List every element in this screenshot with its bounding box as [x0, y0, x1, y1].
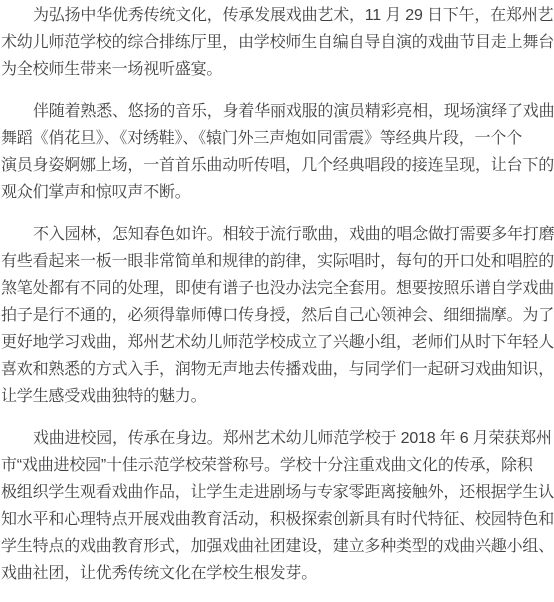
- paragraph-line: 煞笔处都有不同的处理，即使有谱子也没办法完全套用。想要按照乐谱自学戏曲: [1, 275, 553, 302]
- paragraph-line: 为全校师生带来一场视听盛宴。: [1, 56, 553, 83]
- paragraph-line: 戏曲社团，让优秀传统文化在学校生根发芽。: [1, 560, 553, 587]
- paragraph-line: 有些看起来一板一眼非常简单和规律的韵律，实际唱时，每句的开口处和唱腔的: [1, 248, 553, 275]
- article-body: 为弘扬中华优秀传统文化，传承发展戏曲艺术，11 月 29 日下午，在郑州艺术幼儿…: [0, 0, 554, 587]
- paragraph: 不入园林，怎知春色如许。相较于流行歌曲，戏曲的唱念做打需要多年打磨，有些看起来一…: [1, 221, 553, 410]
- paragraph: 伴随着熟悉、悠扬的音乐，身着华丽戏服的演员精彩亮相，现场演绎了戏曲舞蹈《俏花旦》…: [1, 98, 553, 206]
- paragraph-line: 喜欢和熟悉的方式入手，润物无声地去传播戏曲，与同学们一起研习戏曲知识，: [1, 356, 553, 383]
- paragraph-first-line: 为弘扬中华优秀传统文化，传承发展戏曲艺术，11 月 29 日下午，在郑州艺: [1, 2, 553, 29]
- paragraph-line: 学生特点的戏曲教育形式，加强戏曲社团建设，建立多种类型的戏曲兴趣小组、: [1, 533, 553, 560]
- paragraph-line: 知水平和心理特点开展戏曲教育活动，积极探索创新具有时代特征、校园特色和: [1, 506, 553, 533]
- paragraph-first-line: 戏曲进校园，传承在身边。郑州艺术幼儿师范学校于 2018 年 6 月荣获郑州: [1, 425, 553, 452]
- paragraph-first-line: 不入园林，怎知春色如许。相较于流行歌曲，戏曲的唱念做打需要多年打磨，: [1, 221, 553, 248]
- paragraph-first-line: 伴随着熟悉、悠扬的音乐，身着华丽戏服的演员精彩亮相，现场演绎了戏曲: [1, 98, 553, 125]
- paragraph-line: 拍子是行不通的，必须得靠师傅口传身授，然后自己心领神会、细细揣摩。为了: [1, 302, 553, 329]
- paragraph-line: 更好地学习戏曲，郑州艺术幼儿师范学校成立了兴趣小组，老师们从时下年轻人: [1, 329, 553, 356]
- paragraph-line: 让学生感受戏曲独特的魅力。: [1, 383, 553, 410]
- paragraph-line: 术幼儿师范学校的综合排练厅里，由学校师生自编自导自演的戏曲节目走上舞台: [1, 29, 553, 56]
- paragraph-line: 演员身姿婀娜上场，一首首乐曲动听传唱，几个经典唱段的接连呈现，让台下的: [1, 152, 553, 179]
- paragraph: 为弘扬中华优秀传统文化，传承发展戏曲艺术，11 月 29 日下午，在郑州艺术幼儿…: [1, 2, 553, 83]
- paragraph-line: 极组织学生观看戏曲作品，让学生走进剧场与专家零距离接触外，还根据学生认: [1, 479, 553, 506]
- paragraph-line: 市“戏曲进校园”十佳示范学校荣誉称号。学校十分注重戏曲文化的传承，除积: [1, 452, 553, 479]
- paragraph-line: 观众们掌声和惊叹声不断。: [1, 179, 553, 206]
- paragraph-line: 舞蹈《俏花旦》、《对绣鞋》、《辕门外三声炮如同雷震》等经典片段，一个个: [1, 125, 553, 152]
- paragraph: 戏曲进校园，传承在身边。郑州艺术幼儿师范学校于 2018 年 6 月荣获郑州市“…: [1, 425, 553, 587]
